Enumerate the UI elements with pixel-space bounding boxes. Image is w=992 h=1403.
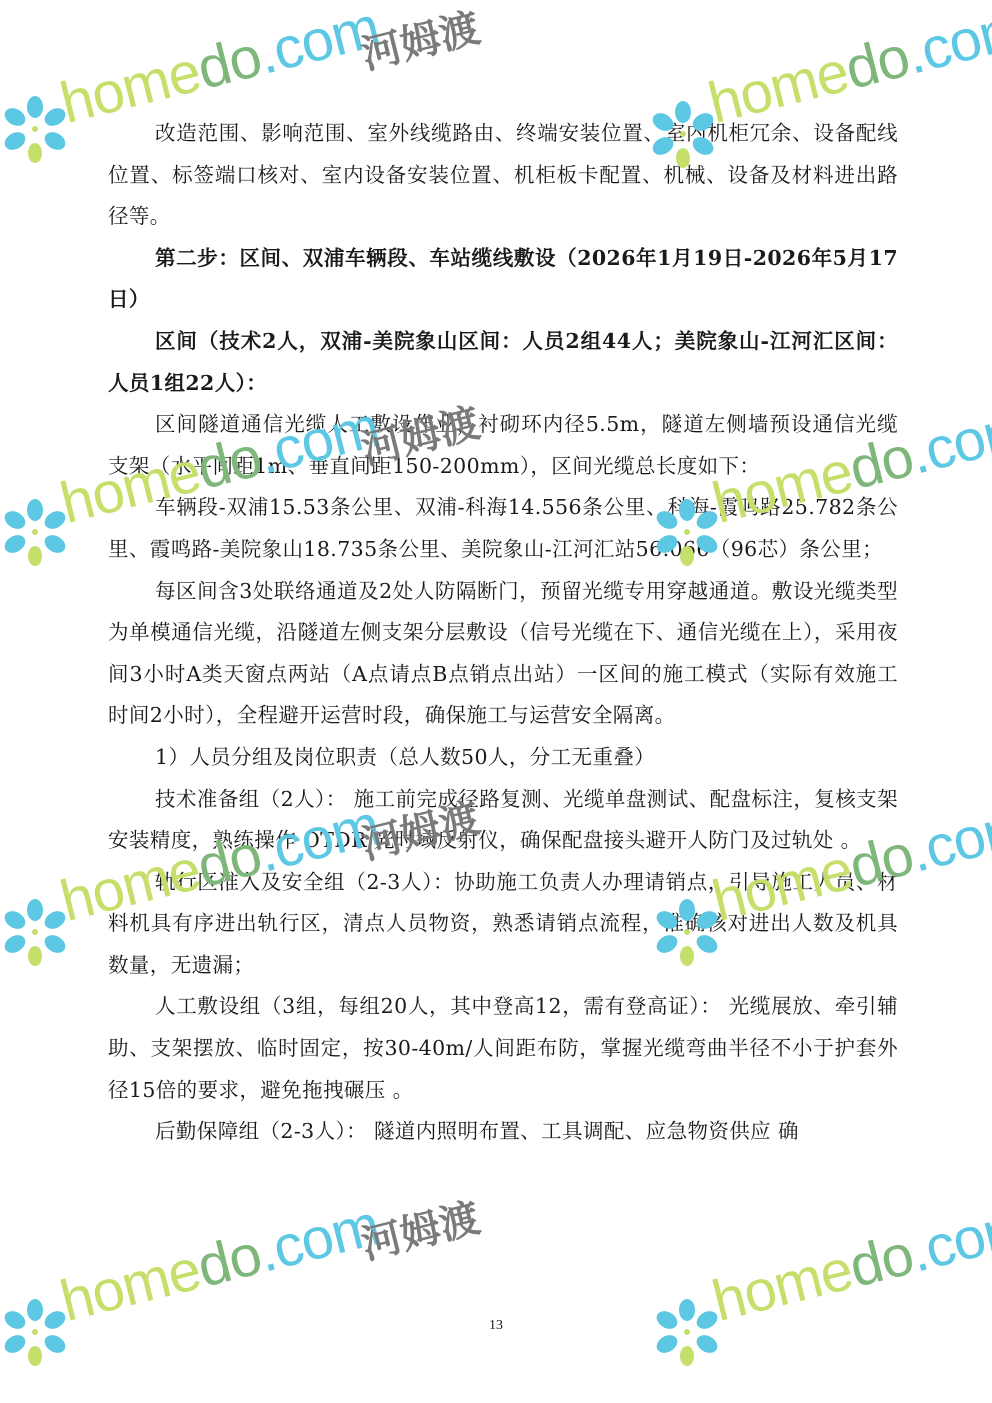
- paragraph-staff-grouping: 1）人员分组及岗位职责（总人数50人，分工无重叠）: [108, 737, 898, 779]
- watermark-flower-icon: [652, 898, 722, 968]
- document-page: 改造范围、影响范围、室外线缆路由、终端安装位置、室内机柜冗余、设备配线位置、标签…: [0, 0, 992, 1403]
- watermark-flower-icon: [0, 95, 70, 165]
- page-number: 13: [0, 1318, 992, 1334]
- heading-section-staffing: 区间（技术2人，双浦-美院象山区间：人员2组44人；美院象山-江河汇区间：人员1…: [108, 321, 898, 404]
- paragraph-laying-group: 人工敷设组（3组，每组20人，其中登高12，需有登高证）： 光缆展放、牵引辅助、…: [108, 986, 898, 1111]
- watermark-flower-icon: [0, 898, 70, 968]
- watermark-flower-icon: [0, 498, 70, 568]
- paragraph-logistics-group: 后勤保障组（2-3人）： 隧道内照明布置、工具调配、应急物资供应 确: [108, 1111, 898, 1153]
- watermark-homedo-logo: homedo.com: [706, 1191, 992, 1335]
- watermark-cn-text: 河姆渡: [355, 1186, 485, 1270]
- paragraph-construction-mode: 每区间含3处联络通道及2处人防隔断门，预留光缆专用穿越通道。敷设光缆类型为单模通…: [108, 571, 898, 737]
- watermark-flower-icon: [652, 1298, 722, 1368]
- watermark-flower-icon: [648, 100, 718, 170]
- watermark-homedo-logo: homedo.com: [54, 1191, 386, 1335]
- heading-step-two: 第二步：区间、双浦车辆段、车站缆线敷设（2026年1月19日-2026年5月17…: [108, 238, 898, 321]
- document-body: 改造范围、影响范围、室外线缆路由、终端安装位置、室内机柜冗余、设备配线位置、标签…: [108, 113, 898, 1153]
- paragraph-scope-list: 改造范围、影响范围、室外线缆路由、终端安装位置、室内机柜冗余、设备配线位置、标签…: [108, 113, 898, 238]
- watermark-flower-icon: [652, 498, 722, 568]
- watermark-cn-text: 河姆渡: [355, 0, 485, 81]
- watermark-flower-icon: [0, 1298, 70, 1368]
